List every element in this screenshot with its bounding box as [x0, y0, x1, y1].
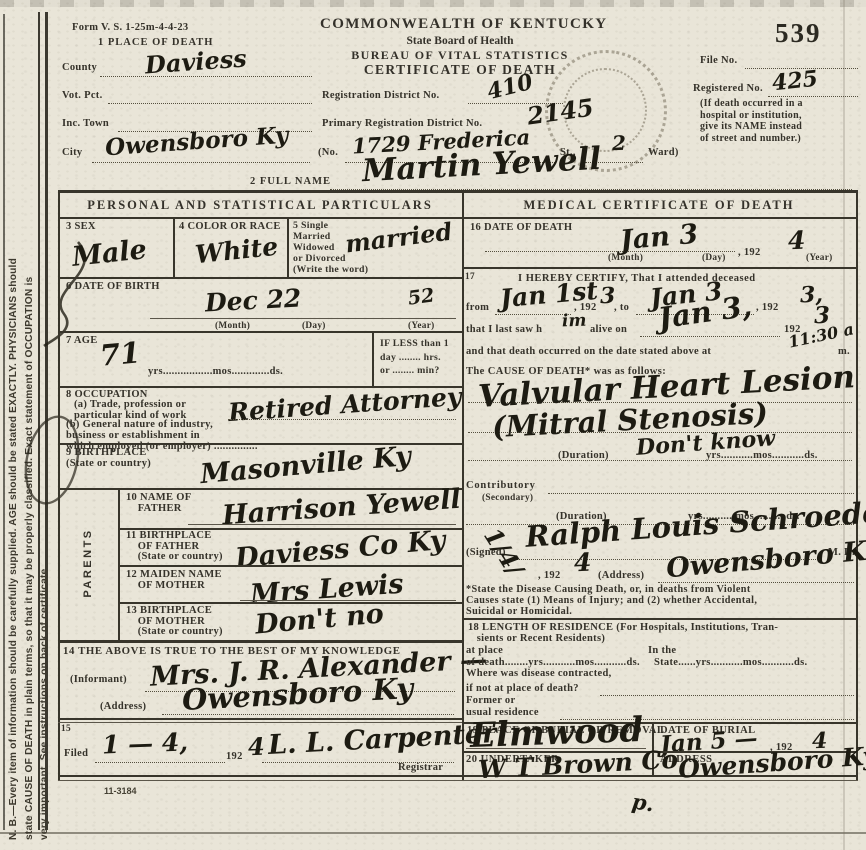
dob-line — [150, 318, 456, 319]
dob-year-value: 52 — [407, 286, 436, 308]
certify-saw-hw: im — [562, 313, 587, 331]
registered-no-label: Registered No. — [693, 83, 763, 94]
vot-pct-line — [108, 101, 312, 104]
filed-item-no: 15 — [61, 724, 71, 734]
in-the-label: In the — [648, 645, 676, 656]
medical-section-title: MEDICAL CERTIFICATE OF DEATH — [462, 198, 856, 213]
dod-label: 16 DATE OF DEATH — [470, 222, 572, 233]
occurred-label: and that death occurred on the date stat… — [466, 346, 711, 357]
father-birthplace-border — [118, 565, 462, 567]
duration-units: yrs...........mos...........ds. — [706, 450, 818, 461]
signed-address-value: Owensboro Ky — [665, 537, 866, 583]
informant-address-line — [162, 712, 454, 715]
personal-section-title: PERSONAL AND STATISTICAL PARTICULARS — [58, 198, 462, 213]
filed-year-printed: 192 — [226, 751, 243, 762]
dob-year-sub: (Year) — [408, 321, 435, 331]
table-top-border — [58, 190, 858, 193]
certify-item-no: 17 — [465, 272, 475, 282]
table-bottom-border-2 — [58, 780, 858, 781]
of-death-line: of death........yrs...........mos.......… — [466, 657, 640, 668]
dob-value: Dec 22 — [204, 285, 301, 315]
certify-to-year-printed: , 192 — [756, 302, 779, 313]
parents-vertical-label: PARENTS — [82, 488, 94, 638]
at-place-label: at place — [466, 645, 503, 656]
color-value: White — [194, 234, 279, 268]
county-value: Daviess — [144, 46, 247, 77]
death-certificate-sheet: N. B.—Every item of information should b… — [0, 0, 866, 850]
age-units: yrs.................mos.............ds. — [148, 366, 283, 377]
duration-label: (Duration) — [558, 450, 609, 461]
occupation-a-line — [228, 417, 456, 420]
registration-district-label: Registration District No. — [322, 90, 439, 101]
informant-label: (Informant) — [70, 674, 127, 685]
filed-date-line — [95, 760, 225, 763]
full-name-label: 2 FULL NAME — [250, 176, 331, 187]
scan-edge-top — [0, 0, 866, 7]
registered-no-line — [768, 94, 858, 97]
sex-label: 3 SEX — [66, 221, 96, 232]
occurred-m-label: m. — [838, 346, 850, 357]
color-label: 4 COLOR OR RACE — [179, 221, 281, 232]
dod-year-sub: (Year) — [806, 253, 833, 263]
informant-address-label: (Address) — [100, 701, 146, 712]
signed-year-printed: , 192 — [538, 570, 561, 581]
mother-birthplace-label: 13 BIRTHPLACE OF MOTHER (State or countr… — [126, 606, 223, 638]
filed-date-value: 1 — 4, — [102, 730, 189, 758]
dod-month-sub: (Month) — [608, 253, 643, 263]
street-no-label: (No. — [318, 147, 338, 158]
certify-saw-label: that I last saw h — [466, 324, 542, 335]
dod-value: Jan 3 — [619, 221, 699, 255]
ward-value: 2 — [612, 133, 627, 153]
dob-day-sub: (Day) — [302, 321, 326, 331]
father-name-value: Harrison Yewell — [221, 486, 461, 530]
signed-address-label: (Address) — [598, 570, 644, 581]
dod-row-border — [462, 267, 856, 269]
inc-town-label: Inc. Town — [62, 118, 109, 129]
table-right-border — [856, 190, 858, 780]
contracted-label2: if not at place of death? — [466, 683, 579, 694]
mother-name-label: 12 MAIDEN NAME OF MOTHER — [126, 569, 222, 591]
certify-to-label: , to — [614, 302, 629, 313]
bureau-subtitle: BUREAU OF VITAL STATISTICS — [320, 48, 600, 63]
sex-color-divider — [173, 217, 175, 277]
dod-year-value: 4 — [788, 228, 806, 254]
signed-year-value: 4 — [574, 550, 592, 576]
father-name-label: 10 NAME OF FATHER — [126, 492, 191, 514]
commonwealth-title: COMMONWEALTH OF KENTUCKY — [320, 16, 600, 33]
certify-from-label: from — [466, 302, 489, 313]
form-number: Form V. S. 1-25m-4-4-23 — [72, 22, 188, 33]
stray-ink-mark: p. — [631, 791, 656, 815]
certify-from-line — [495, 312, 571, 315]
signed-date-value: 1/4/ — [480, 524, 527, 580]
certify-saw-label2: alive on — [590, 324, 627, 335]
personal-header-border — [58, 217, 462, 219]
county-label: County — [62, 62, 97, 73]
dod-day-sub: (Day) — [702, 253, 726, 263]
scan-edge-bottom — [0, 832, 866, 834]
parents-bottom-border — [58, 640, 462, 643]
certify-saw-line — [640, 334, 780, 337]
contracted-line — [600, 693, 854, 696]
registrar-label: Registrar — [398, 762, 443, 773]
contributory-line — [548, 491, 854, 494]
mother-name-border — [118, 602, 462, 604]
ward-label: Ward) — [648, 147, 679, 158]
state-board-subtitle: State Board of Health — [320, 35, 600, 47]
birthplace-label: 9 BIRTHPLACE (State or country) — [66, 447, 151, 469]
age-ifless-divider — [372, 331, 374, 386]
contributory-label: Contributory — [466, 480, 536, 491]
state-line: State......yrs...........mos...........d… — [654, 657, 807, 668]
contracted-label: Where was disease contracted, — [466, 668, 612, 679]
if-less-label: IF LESS than 1 day ........ hrs. or ....… — [380, 337, 449, 378]
registered-no-value: 425 — [771, 68, 819, 95]
filed-year-value: 4 — [248, 735, 266, 760]
occupation-a-label: (a) Trade, profession or particular kind… — [74, 399, 187, 421]
table-center-border — [462, 190, 464, 780]
city-label: City — [62, 147, 82, 158]
certificate-number: 539 — [775, 18, 822, 49]
hospital-note: (If death occurred in a hospital or inst… — [700, 98, 803, 144]
vot-pct-label: Vot. Pct. — [62, 90, 103, 101]
residence-label: 18 LENGTH OF RESIDENCE (For Hospitals, I… — [468, 622, 778, 644]
age-label: 7 AGE — [66, 335, 98, 346]
sex-row-border — [58, 277, 462, 279]
secondary-label: (Secondary) — [482, 493, 533, 503]
city-line — [92, 160, 310, 163]
father-name-line — [188, 524, 456, 525]
age-value: 71 — [99, 338, 142, 370]
footnote-border — [462, 618, 856, 620]
dod-year-printed: , 192 — [738, 247, 761, 258]
parents-divider — [118, 488, 120, 640]
scan-edge-left — [3, 14, 5, 830]
former-label: Former or — [466, 695, 515, 706]
informant-bottom-border — [58, 718, 462, 720]
father-birthplace-label: 11 BIRTHPLACE OF FATHER (State or countr… — [126, 531, 223, 563]
cause-footnote: *State the Disease Causing Death, or, in… — [466, 584, 757, 617]
color-marital-divider — [287, 217, 289, 277]
file-no-label: File No. — [700, 55, 737, 66]
medical-header-border — [462, 217, 856, 219]
filed-label: Filed — [64, 748, 88, 759]
dob-row-border — [58, 331, 462, 333]
sex-value: Male — [71, 236, 148, 271]
dob-label: 6 DATE OF BIRTH — [66, 281, 160, 292]
dob-month-sub: (Month) — [215, 321, 250, 331]
form-code: 11-3184 — [104, 786, 137, 796]
